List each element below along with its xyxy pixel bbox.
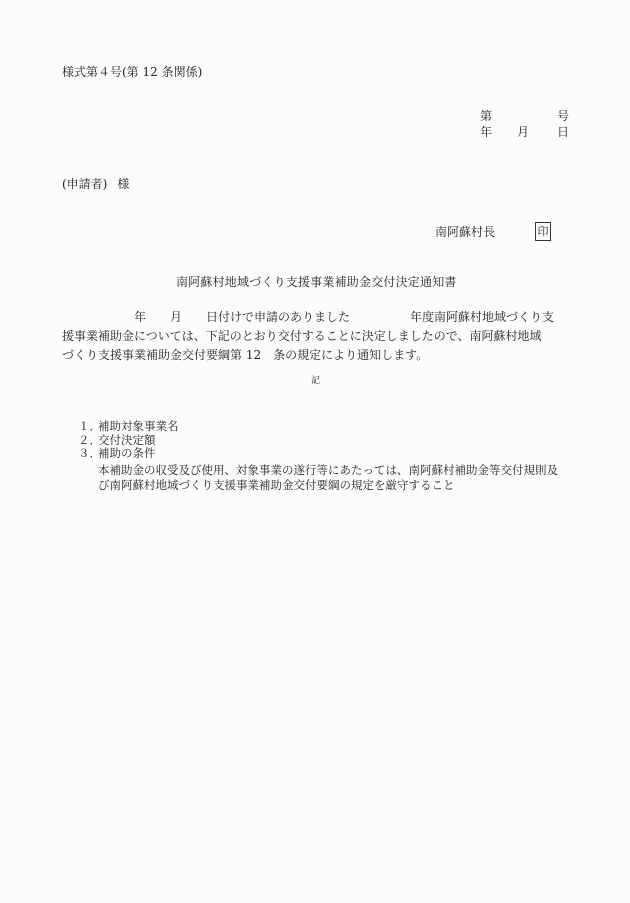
recipient: (申請者)様 xyxy=(62,178,129,190)
recipient-honorific: 様 xyxy=(117,177,129,191)
document-title: 南阿蘇村地域づくり支援事業補助金交付決定通知書 xyxy=(176,276,457,288)
items-list: １．補助対象事業名 ２．交付決定額 ３．補助の条件 xyxy=(78,420,179,461)
item-number: ３． xyxy=(78,447,98,461)
date-year: 年 xyxy=(480,126,492,138)
item-number: １． xyxy=(78,420,98,434)
item-label: 交付決定額 xyxy=(98,433,156,447)
list-item: １．補助対象事業名 xyxy=(78,420,179,434)
condition-text: 本補助金の収受及び使用、対象事業の遂行等にあたっては、南阿蘇村補助金等交付規則及… xyxy=(98,463,578,493)
body-line: 年 月 日付けで申請のありました 年度南阿蘇村地域づくり支 xyxy=(62,308,582,327)
item-label: 補助対象事業名 xyxy=(98,419,179,433)
item-number: ２． xyxy=(78,434,98,448)
date-month: 月 xyxy=(517,126,529,138)
body-line: づくり支援事業補助金交付要綱第 12 条の規定により通知します。 xyxy=(62,346,582,365)
list-item: ２．交付決定額 xyxy=(78,434,179,448)
ki-heading: 記 xyxy=(311,377,320,386)
body-line: 援事業補助金については、下記のとおり交付することに決定しましたので、南阿蘇村地域 xyxy=(62,327,582,346)
form-number: 様式第４号(第 12 条関係) xyxy=(62,66,202,78)
doc-number-dai: 第 xyxy=(480,110,492,122)
seal-stamp-box: 印 xyxy=(535,222,551,241)
issuer-name: 南阿蘇村長 xyxy=(435,226,495,238)
condition-line: 本補助金の収受及び使用、対象事業の遂行等にあたっては、南阿蘇村補助金等交付規則及 xyxy=(98,463,578,478)
date-day: 日 xyxy=(557,126,569,138)
condition-line: び南阿蘇村地域づくり支援事業補助金交付要綱の規定を厳守すること xyxy=(98,478,578,493)
item-label: 補助の条件 xyxy=(98,446,156,460)
doc-number-go: 号 xyxy=(557,110,569,122)
recipient-label: (申請者) xyxy=(62,177,107,191)
list-item: ３．補助の条件 xyxy=(78,447,179,461)
body-paragraph: 年 月 日付けで申請のありました 年度南阿蘇村地域づくり支 援事業補助金について… xyxy=(62,308,582,365)
